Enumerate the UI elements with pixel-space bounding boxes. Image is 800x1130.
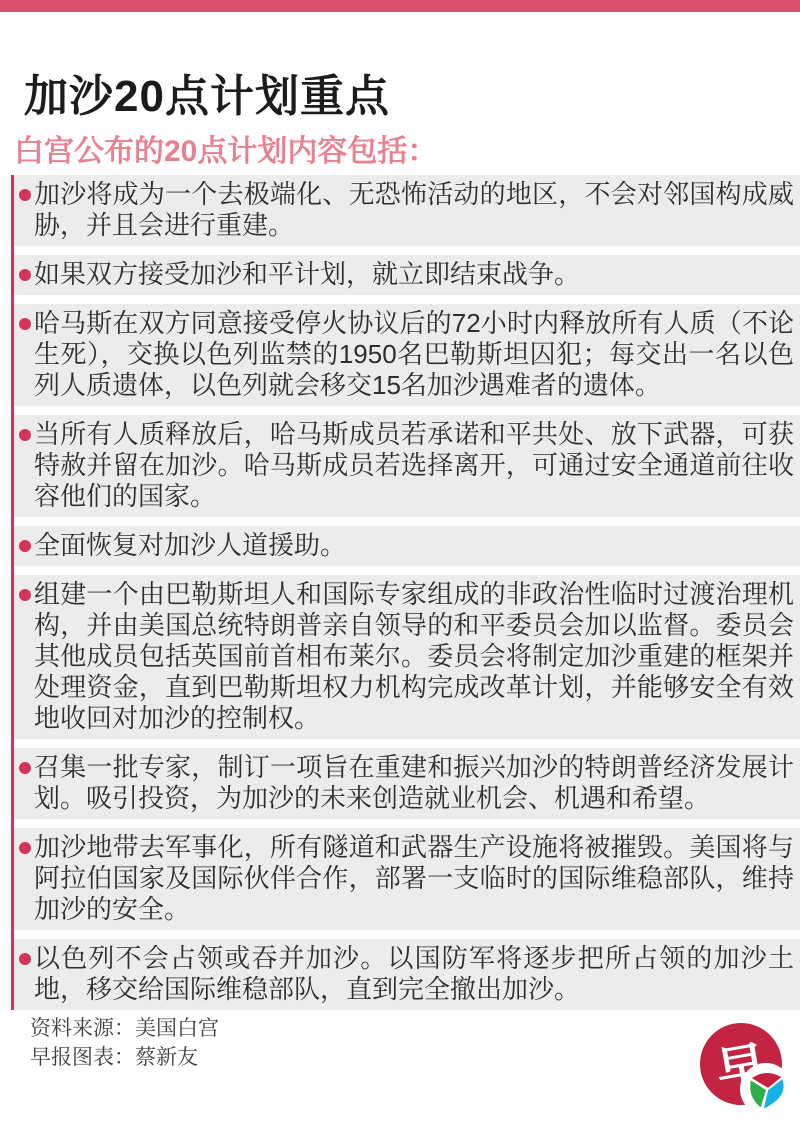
- zaobao-pinwheel-icon: [740, 1063, 792, 1115]
- zaobao-logo: 早: [700, 1023, 795, 1118]
- list-item: 当所有人质释放后，哈马斯成员若承诺和平共处、放下武器，可获特赦并留在加沙。哈马斯…: [11, 415, 800, 517]
- bullet-icon: [19, 762, 31, 774]
- list-item: 全面恢复对加沙人道援助。: [11, 526, 800, 566]
- list-item: 召集一批专家，制订一项旨在重建和振兴加沙的特朗普经济发展计划。吸引投资，为加沙的…: [11, 748, 800, 819]
- list-item-text: 加沙将成为一个去极端化、无恐怖活动的地区，不会对邻国构成威胁，并且会进行重建。: [34, 179, 794, 241]
- plan-list: 加沙将成为一个去极端化、无恐怖活动的地区，不会对邻国构成威胁，并且会进行重建。 …: [11, 175, 800, 1019]
- list-item-text: 以色列不会占领或吞并加沙。以国防军将逐步把所占领的加沙土地，移交给国际维稳部队，…: [34, 943, 794, 1005]
- top-accent-bar: [0, 0, 800, 12]
- source-text: 资料来源：美国白宫: [30, 1014, 219, 1043]
- list-item-text: 哈马斯在双方同意接受停火协议后的72小时内释放所有人质（不论生死），交换以色列监…: [34, 308, 794, 401]
- list-item: 哈马斯在双方同意接受停火协议后的72小时内释放所有人质（不论生死），交换以色列监…: [11, 304, 800, 406]
- list-item: 加沙地带去军事化，所有隧道和武器生产设施将被摧毁。美国将与阿拉伯国家及国际伙伴合…: [11, 828, 800, 930]
- list-item: 组建一个由巴勒斯坦人和国际专家组成的非政治性临时过渡治理机构，并由美国总统特朗普…: [11, 575, 800, 739]
- list-item: 加沙将成为一个去极端化、无恐怖活动的地区，不会对邻国构成威胁，并且会进行重建。: [11, 175, 800, 246]
- list-item: 如果双方接受加沙和平计划，就立即结束战争。: [11, 255, 800, 295]
- list-item-text: 加沙地带去军事化，所有隧道和武器生产设施将被摧毁。美国将与阿拉伯国家及国际伙伴合…: [34, 832, 794, 925]
- bullet-icon: [19, 589, 31, 601]
- footer: 资料来源：美国白宫 早报图表：蔡新友: [30, 1014, 219, 1072]
- list-item-text: 当所有人质释放后，哈马斯成员若承诺和平共处、放下武器，可获特赦并留在加沙。哈马斯…: [34, 419, 794, 512]
- list-item-text: 如果双方接受加沙和平计划，就立即结束战争。: [34, 259, 794, 290]
- bullet-icon: [19, 269, 31, 281]
- bullet-icon: [19, 189, 31, 201]
- list-item-text: 组建一个由巴勒斯坦人和国际专家组成的非政治性临时过渡治理机构，并由美国总统特朗普…: [34, 579, 794, 734]
- bullet-icon: [19, 318, 31, 330]
- bullet-icon: [19, 842, 31, 854]
- page-title: 加沙20点计划重点: [24, 60, 390, 124]
- list-accent-line: [11, 175, 14, 1010]
- bullet-icon: [19, 540, 31, 552]
- list-item-text: 全面恢复对加沙人道援助。: [34, 530, 794, 561]
- bullet-icon: [19, 429, 31, 441]
- list-item: 以色列不会占领或吞并加沙。以国防军将逐步把所占领的加沙土地，移交给国际维稳部队，…: [11, 939, 800, 1010]
- list-item-text: 召集一批专家，制订一项旨在重建和振兴加沙的特朗普经济发展计划。吸引投资，为加沙的…: [34, 752, 794, 814]
- credit-text: 早报图表：蔡新友: [30, 1043, 219, 1072]
- bullet-icon: [19, 953, 31, 965]
- page-subtitle: 白宫公布的20点计划内容包括：: [14, 126, 437, 170]
